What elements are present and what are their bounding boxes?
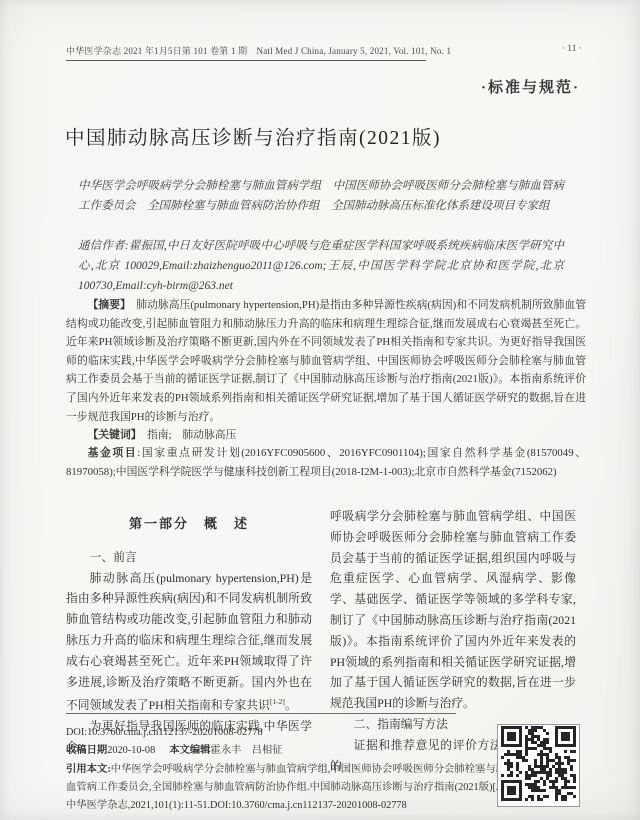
journal-header-line: 中华医学杂志 2021 年1月5日第 101 卷第 1 期 Natl Med J… [66, 44, 426, 61]
citation-label: 引用本文: [66, 764, 111, 775]
abstract-label: 【摘要】 [88, 299, 126, 311]
citation-line: 引用本文:中华医学会呼吸病学分会肺栓塞与肺血管病学组,中国医师协会呼吸医师分会肺… [66, 761, 506, 815]
citation-superscript: [1-2] [270, 697, 285, 706]
left-paragraph-1: 肺动脉高压(pulmonary hypertension,PH)是指由多种异源性… [66, 568, 312, 717]
footnote-block: DOI:10.3760/cma.j.cn112137-20201008-0277… [66, 724, 506, 815]
keywords-text: 指南; 肺动脉高压 [136, 429, 236, 441]
qr-code-pattern [501, 726, 576, 806]
section-heading: 第一部分 概 述 [66, 514, 312, 535]
citation-text: 中华医学会呼吸病学分会肺栓塞与肺血管病学组,中国医师协会呼吸医师分会肺栓塞与肺血… [66, 764, 506, 811]
left-subheading: 一、前言 [66, 547, 312, 568]
author-groups: 中华医学会呼吸病学分会肺栓塞与肺血管病学组 中国医师协会呼吸医师分会肺栓塞与肺血… [78, 176, 564, 216]
keywords-label: 【关键词】 [88, 429, 137, 441]
editor-names: 霍永丰 吕相征 [210, 745, 282, 756]
right-paragraph-1: 呼吸病学分会肺栓塞与肺血管病学组、中国医师协会呼吸医师分会肺栓塞与肺血管病工作委… [330, 506, 576, 714]
section-category-label: ·标准与规范· [481, 76, 580, 97]
correspondence-info: 通信作者:翟振国,中日友好医院呼吸中心呼吸与危重症医学科国家呼吸系统疾病临床医学… [78, 236, 564, 296]
doi-line: DOI:10.3760/cma.j.cn112137-20201008-0277… [66, 724, 506, 742]
left-paragraph-1-text: 肺动脉高压(pulmonary hypertension,PH)是指由多种异源性… [66, 571, 312, 713]
editor-label: 本文编辑 [169, 745, 210, 756]
abstract-text: 肺动脉高压(pulmonary hypertension,PH)是指由多种异源性… [66, 299, 586, 423]
funding-label: 基金项目 [88, 447, 138, 459]
received-date: 2020-10-08 [107, 745, 155, 756]
keywords-line: 【关键词】 指南; 肺动脉高压 [66, 426, 586, 445]
funding-text: :国家重点研发计划(2016YFC0905600、2016YFC0901104)… [66, 447, 586, 478]
left-paragraph-1-period: 。 [285, 698, 297, 712]
received-label: 收稿日期 [66, 745, 107, 756]
journal-scan-page: 中华医学杂志 2021 年1月5日第 101 卷第 1 期 Natl Med J… [0, 0, 640, 820]
abstract-block: 【摘要】 肺动脉高压(pulmonary hypertension,PH)是指由… [66, 296, 586, 426]
qr-code [497, 724, 580, 807]
received-editor-line: 收稿日期2020-10-08本文编辑霍永丰 吕相征 [66, 742, 506, 760]
footnote-separator-rule [66, 713, 456, 714]
funding-block: 基金项目:国家重点研发计划(2016YFC0905600、2016YFC0901… [66, 444, 586, 482]
left-column: 第一部分 概 述 一、前言 肺动脉高压(pulmonary hypertensi… [66, 512, 312, 758]
article-title: 中国肺动脉高压诊断与治疗指南(2021版) [65, 122, 585, 150]
page-number: · 11 · [562, 44, 582, 54]
